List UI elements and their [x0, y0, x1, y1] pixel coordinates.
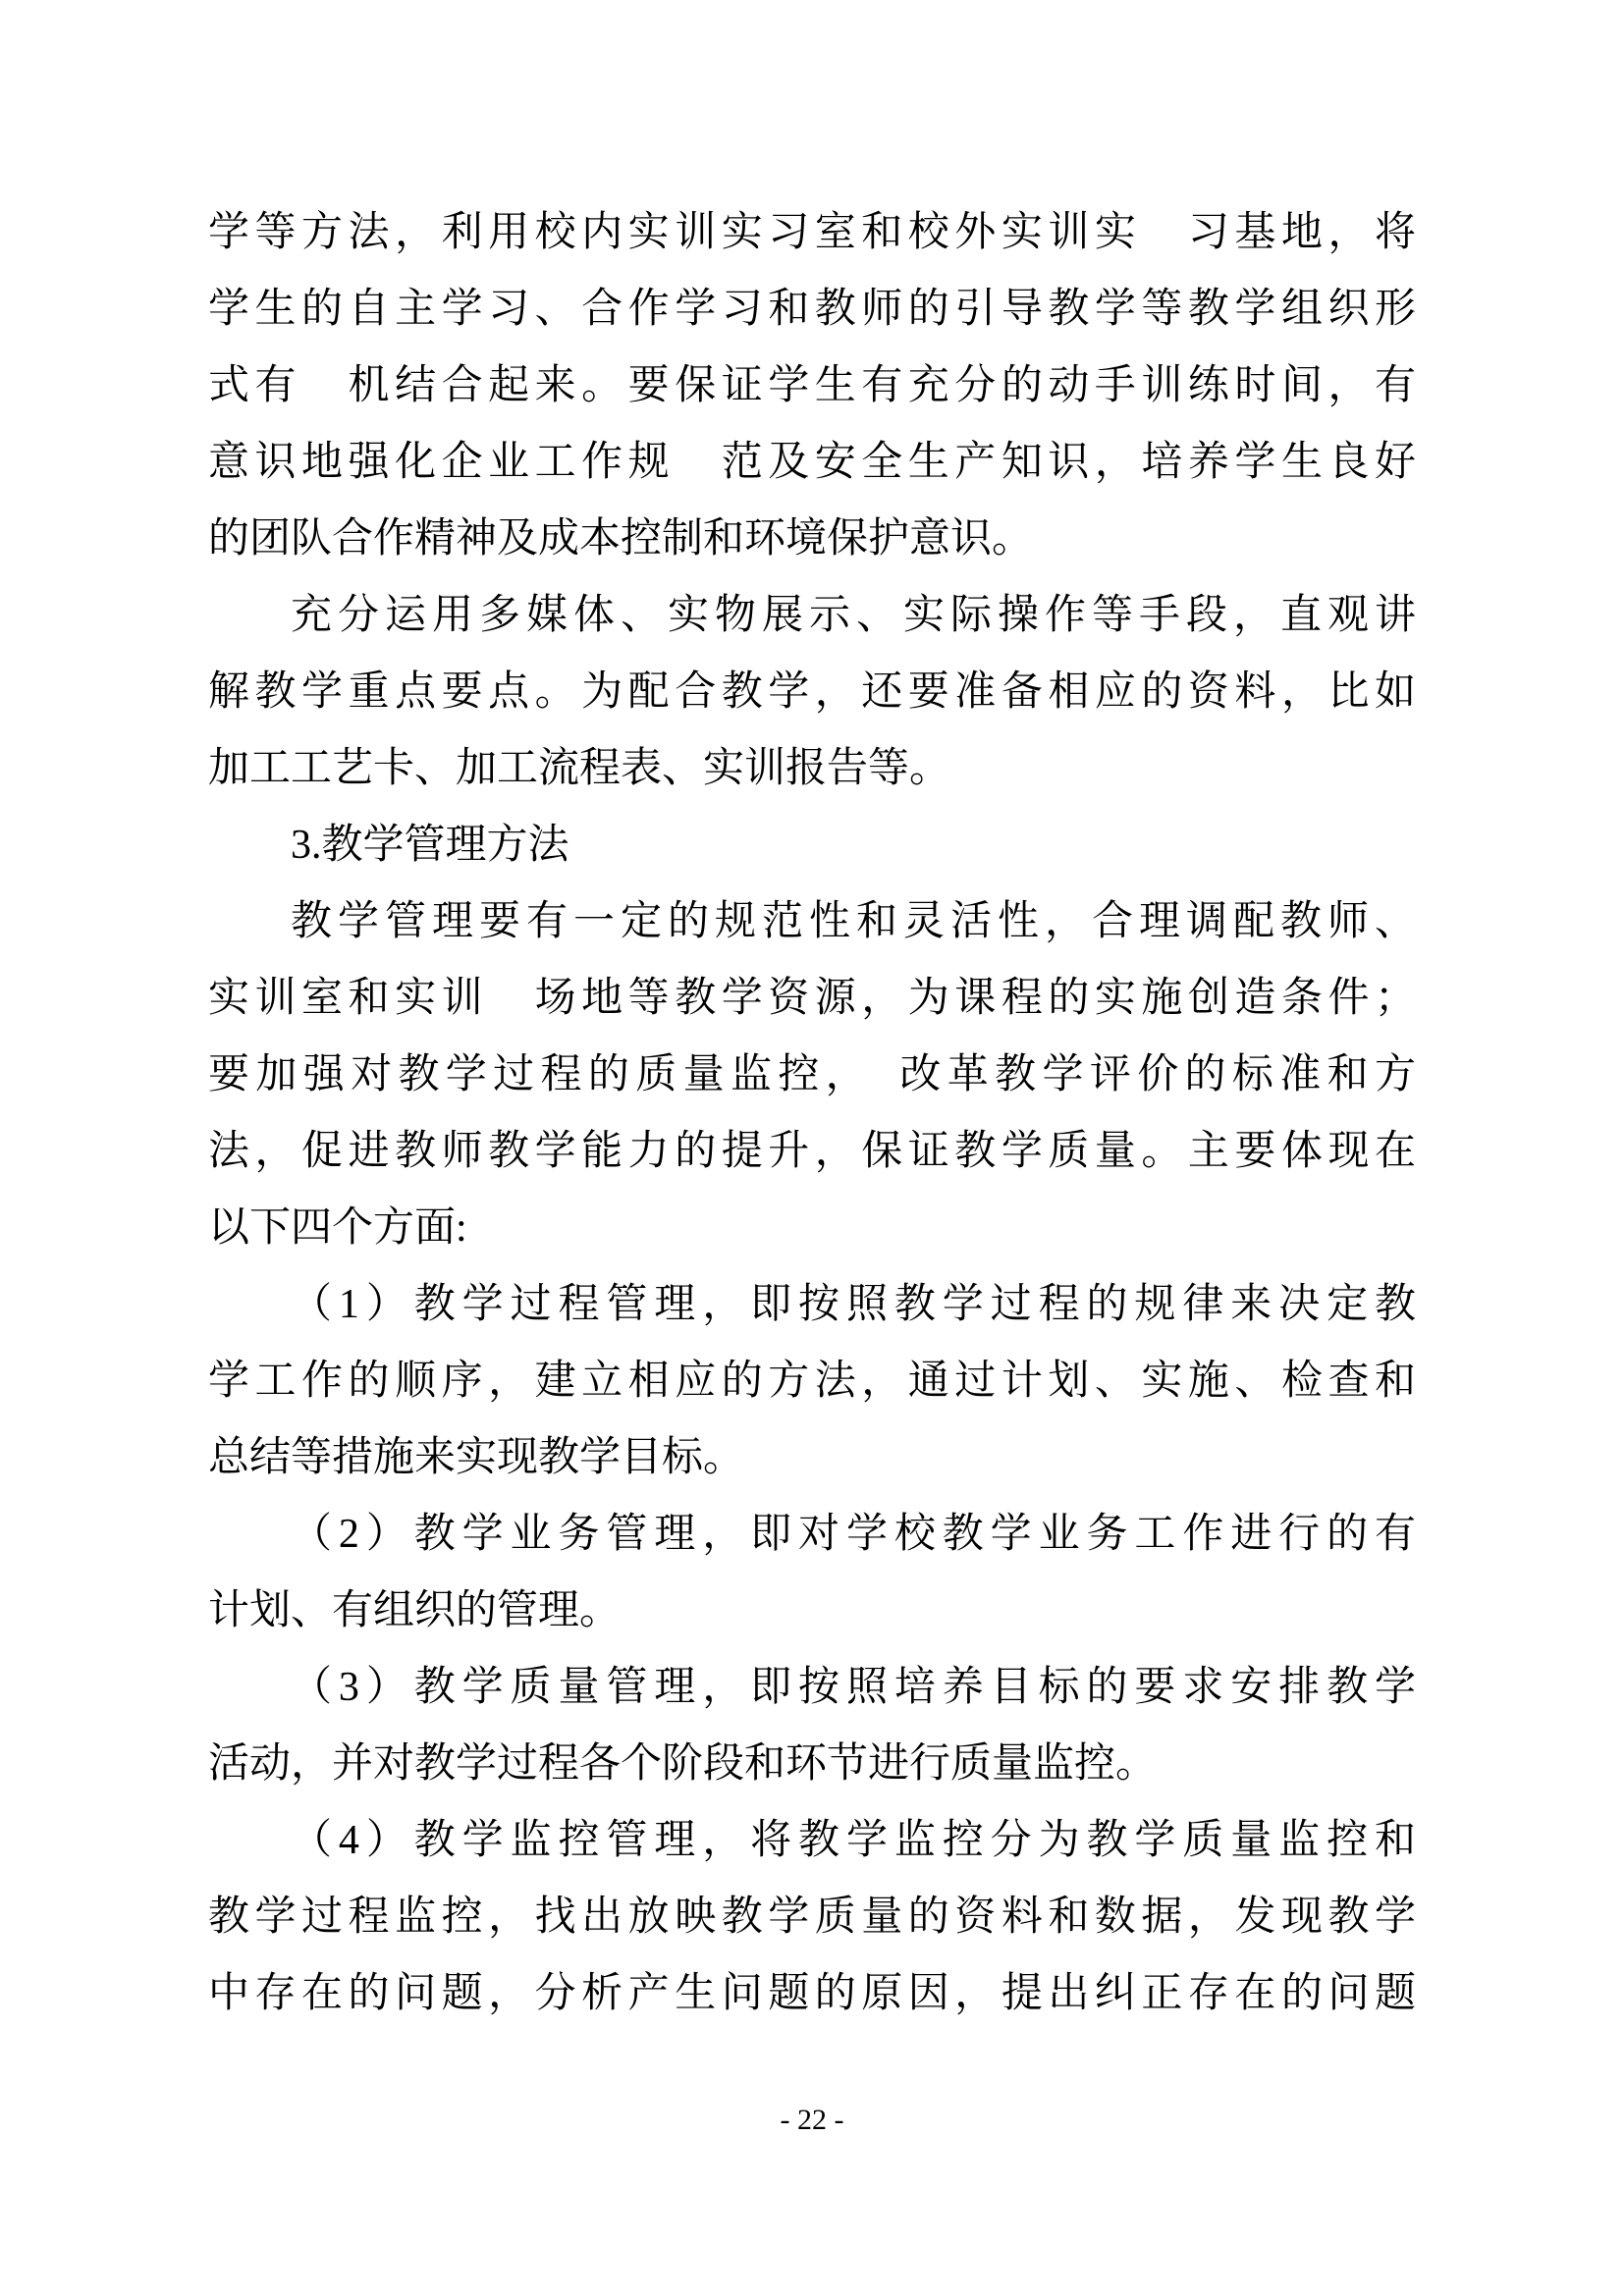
text-line: （4）教学监控管理，将教学监控分为教学质量监控和 — [208, 1802, 1416, 1879]
text-line: 以下四个方面: — [208, 1190, 1416, 1266]
text-line: 的团队合作精神及成本控制和环境保护意识。 — [208, 501, 1416, 577]
text-line: 总结等措施来实现教学目标。 — [208, 1419, 1416, 1496]
text-line: 教学管理要有一定的规范性和灵活性，合理调配教师、 — [208, 883, 1416, 960]
text-line: 学等方法，利用校内实训实习室和校外实训实 习基地，将 — [208, 194, 1416, 271]
text-line: 教学过程监控，找出放映教学质量的资料和数据，发现教学 — [208, 1879, 1416, 1955]
text-line: 法，促进教师教学能力的提升，保证教学质量。主要体现在 — [208, 1113, 1416, 1190]
page-footer: - 22 - — [0, 2101, 1624, 2140]
page-number: - 22 - — [781, 2104, 844, 2136]
text-line: 学生的自主学习、合作学习和教师的引导教学等教学组织形 — [208, 271, 1416, 347]
document-body: 学等方法，利用校内实训实习室和校外实训实 习基地，将学生的自主学习、合作学习和教… — [208, 194, 1416, 2032]
text-line: 加工工艺卡、加工流程表、实训报告等。 — [208, 730, 1416, 807]
text-line: 计划、有组织的管理。 — [208, 1573, 1416, 1649]
text-line: 意识地强化企业工作规 范及安全生产知识，培养学生良好 — [208, 424, 1416, 501]
text-line: 解教学重点要点。为配合教学，还要准备相应的资料，比如 — [208, 654, 1416, 730]
text-line: 充分运用多媒体、实物展示、实际操作等手段，直观讲 — [208, 577, 1416, 654]
text-line: （3）教学质量管理，即按照培养目标的要求安排教学 — [208, 1649, 1416, 1726]
text-line: 3.教学管理方法 — [208, 807, 1416, 883]
text-line: 式有 机结合起来。要保证学生有充分的动手训练时间，有 — [208, 347, 1416, 424]
text-line: （1）教学过程管理，即按照教学过程的规律来决定教 — [208, 1266, 1416, 1343]
text-line: 实训室和实训 场地等教学资源，为课程的实施创造条件； — [208, 960, 1416, 1037]
text-line: 学工作的顺序，建立相应的方法，通过计划、实施、检查和 — [208, 1343, 1416, 1419]
text-line: 中存在的问题，分析产生问题的原因，提出纠正存在的问题 — [208, 1955, 1416, 2032]
text-line: （2）教学业务管理，即对学校教学业务工作进行的有 — [208, 1496, 1416, 1573]
text-line: 活动，并对教学过程各个阶段和环节进行质量监控。 — [208, 1726, 1416, 1802]
text-line: 要加强对教学过程的质量监控， 改革教学评价的标准和方 — [208, 1037, 1416, 1113]
document-page: 学等方法，利用校内实训实习室和校外实训实 习基地，将学生的自主学习、合作学习和教… — [0, 0, 1624, 2296]
